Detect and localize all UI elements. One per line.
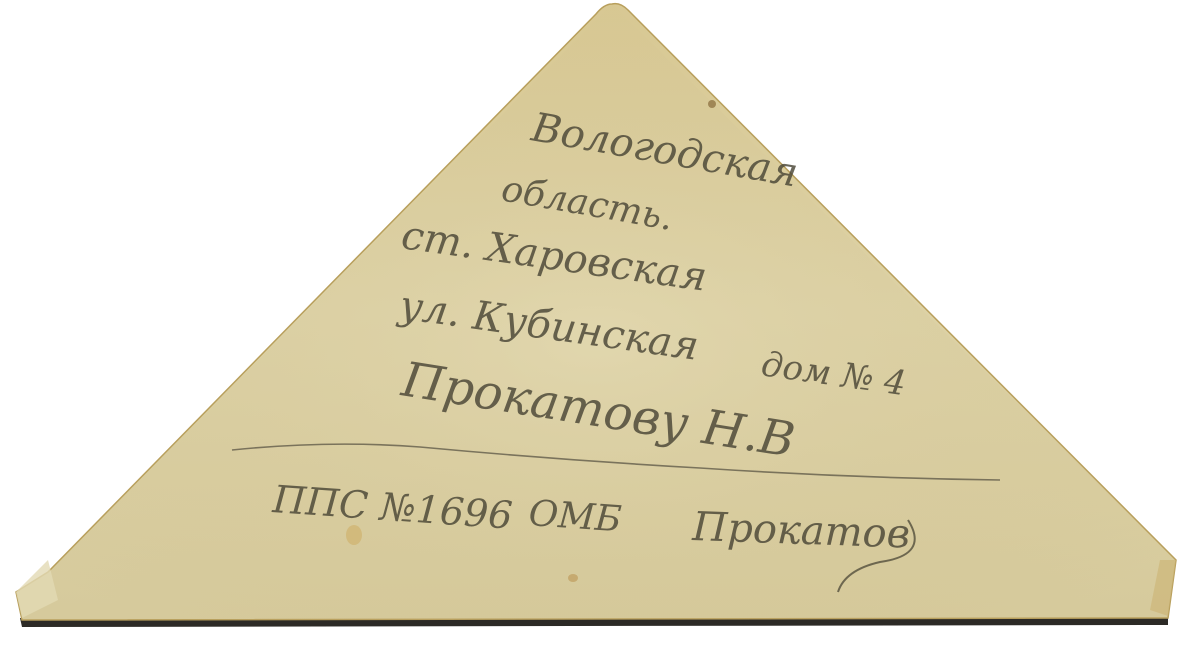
stain [568, 574, 578, 582]
sender-unit: ОМБ [527, 493, 622, 540]
sender-signature: Прокатов [691, 504, 911, 558]
stain [708, 100, 716, 108]
stain [346, 525, 362, 545]
letter-photo: Вологодская область. ст. Харовская ул. К… [0, 0, 1200, 649]
